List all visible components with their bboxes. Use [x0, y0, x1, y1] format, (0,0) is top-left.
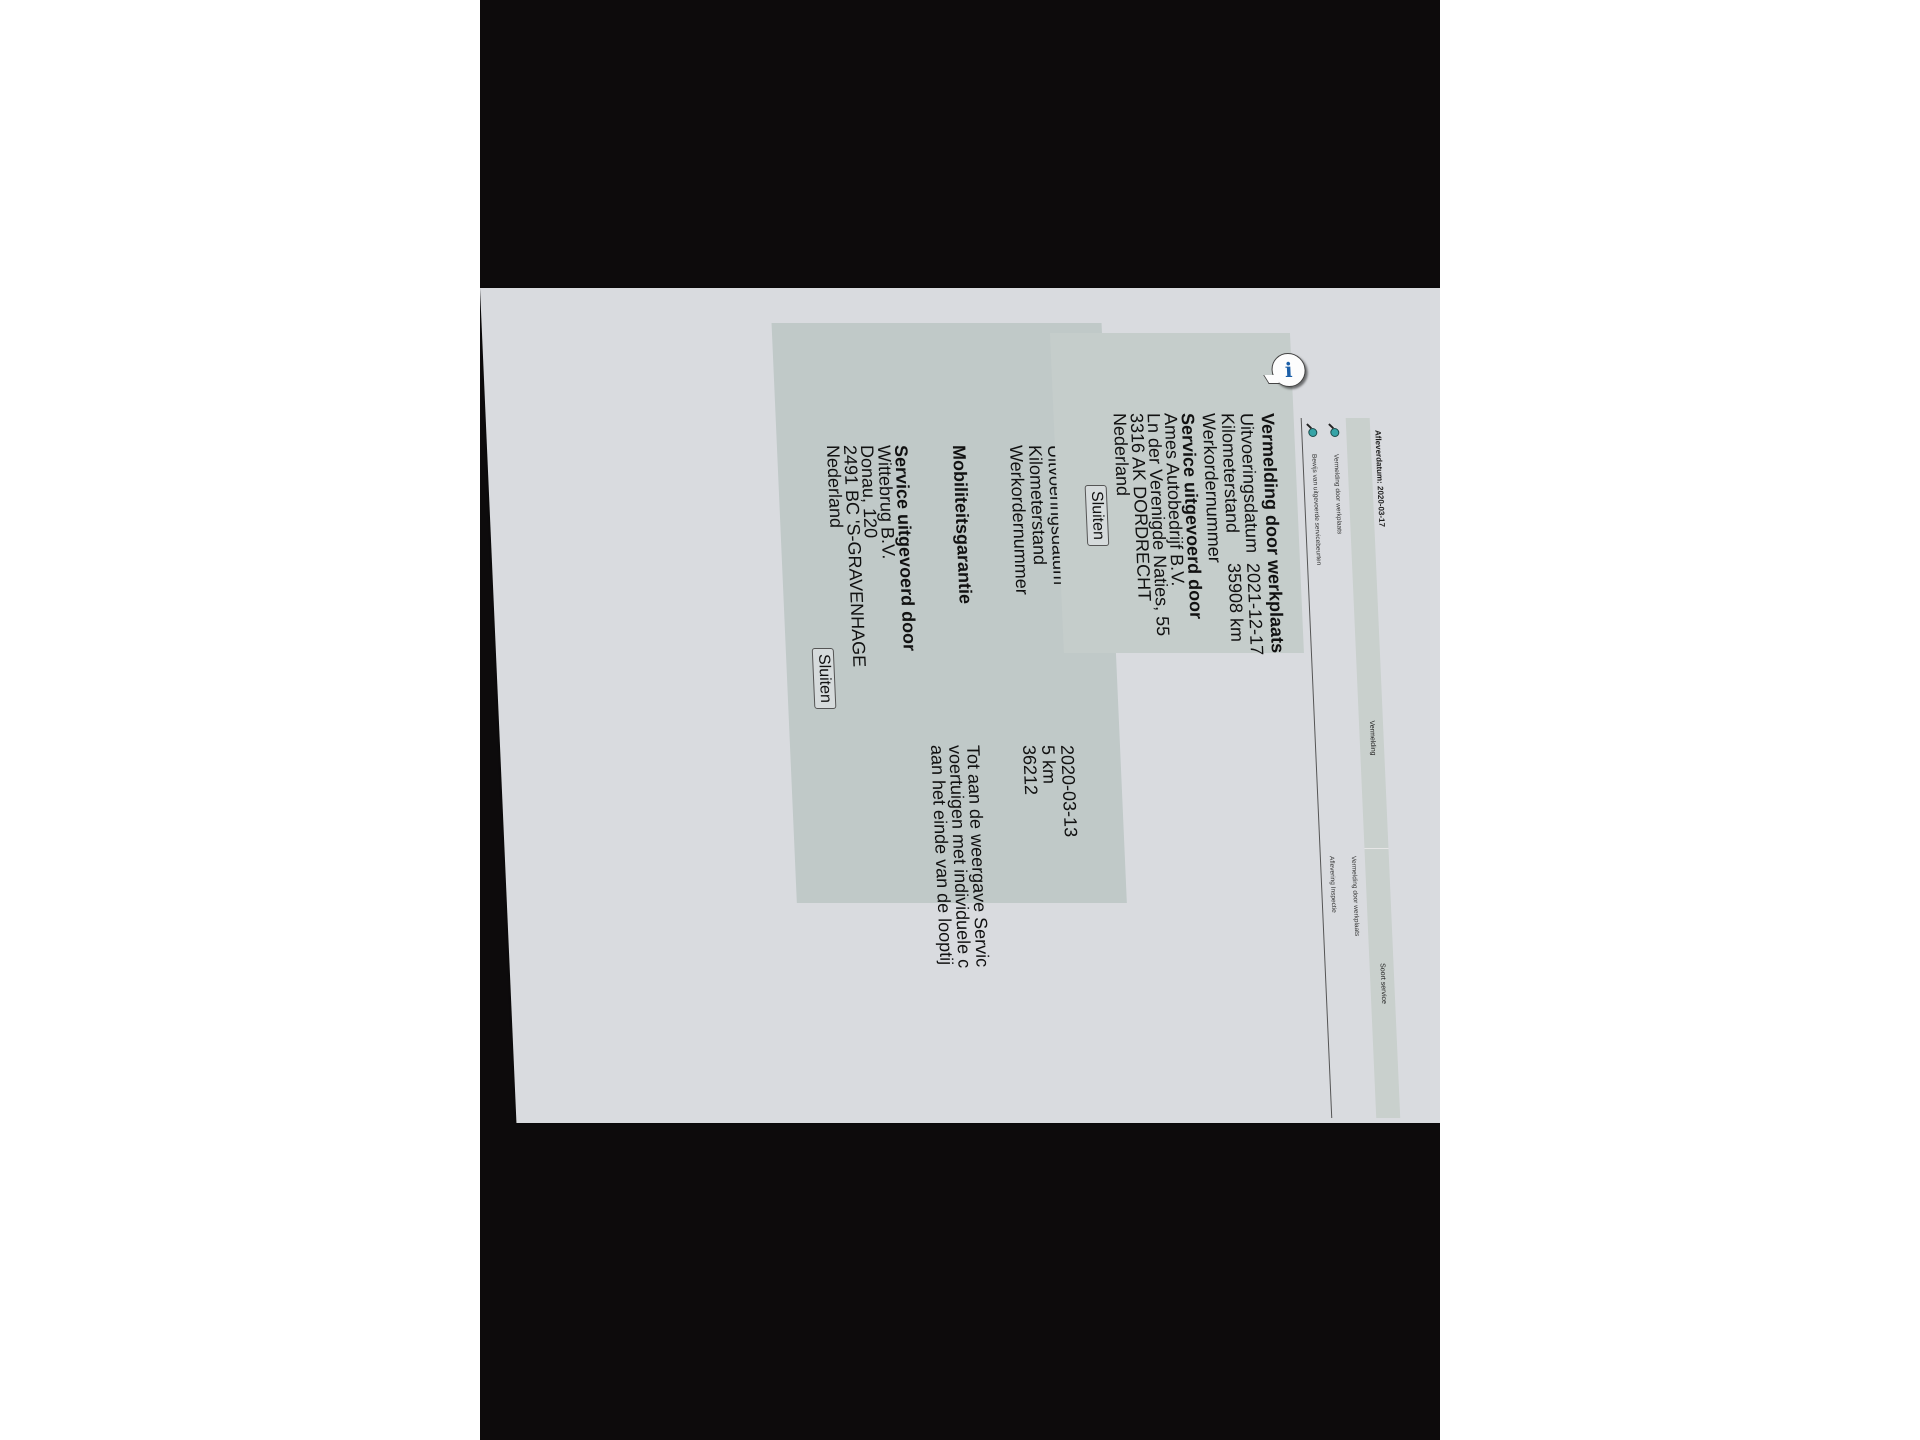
printed-document: Afleverdatum: 2020-03-17 Vermelding Soor… — [480, 288, 1440, 1123]
workshop-mileage: 35908 km — [1224, 563, 1246, 642]
row-soort-service: Aflevering Inspectie — [1328, 856, 1346, 1118]
pin-icon[interactable] — [1331, 428, 1340, 437]
workshop-popup: i Vermelding door werkplaats Uitvoerings… — [1050, 333, 1304, 653]
pin-icon[interactable] — [1309, 428, 1318, 437]
inspection-mileage: 5 km — [1038, 745, 1059, 784]
photo-background: Afleverdatum: 2020-03-17 Vermelding Soor… — [480, 0, 1440, 1440]
delivery-date: Afleverdatum: 2020-03-17 — [1373, 430, 1386, 527]
close-button[interactable]: Sluiten — [1085, 485, 1110, 546]
info-icon: i — [1271, 353, 1306, 387]
mobility-guarantee-text: Tot aan de weergave Servic voertuigen me… — [928, 745, 992, 968]
workshop-fields: Uitvoeringsdatum2021-12-17 Kilometerstan… — [1198, 413, 1266, 655]
close-button[interactable]: Sluiten — [812, 648, 837, 709]
inspection-work-order: 36212 — [1019, 745, 1040, 795]
inspection-service-provider: Service uitgevoerd door Wittebrug B.V. D… — [824, 445, 919, 667]
workshop-service-provider: Service uitgevoerd door Ames Autobedrijf… — [1110, 413, 1205, 636]
mobility-guarantee-label: Mobiliteitsgarantie — [948, 445, 976, 604]
inspection-date: 2020-03-13 — [1057, 745, 1080, 837]
